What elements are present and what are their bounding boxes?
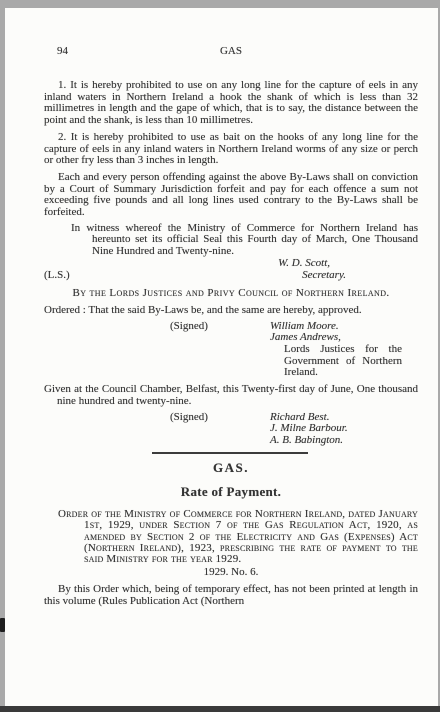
order-note-paragraph: By this Order which, being of temporary … [44, 584, 418, 607]
seal-row: (L.S.) Secretary. [44, 270, 418, 282]
section-divider-rule [152, 452, 308, 454]
lords-justices-title: Lords Justices for the Government of Nor… [270, 344, 402, 379]
signed-label: (Signed) [170, 412, 270, 447]
running-head-title: GAS [220, 45, 242, 57]
running-header: 94 GAS [44, 46, 418, 59]
signature-name: A. B. Babington. [270, 435, 348, 447]
lords-justices-names: William Moore. James Andrews, Lords Just… [270, 321, 402, 380]
gas-order-heading: Order of the Ministry of Commerce for No… [44, 509, 418, 565]
privy-council-heading: By the Lords Justices and Privy Council … [44, 288, 418, 300]
gas-section-title: GAS. [44, 462, 418, 474]
page-content: 94 GAS 1. It is hereby prohibited to use… [44, 46, 418, 607]
order-number: 1929. No. 6. [44, 567, 418, 579]
seal-mark: (L.S.) [44, 270, 70, 282]
document-page: 94 GAS 1. It is hereby prohibited to use… [5, 8, 438, 706]
bylaw-paragraph-2: 2. It is hereby prohibited to use as bai… [44, 132, 418, 167]
page-number: 94 [57, 46, 68, 58]
lords-justices-signature-block: (Signed) William Moore. James Andrews, L… [44, 321, 418, 380]
scan-bottom-edge [0, 706, 440, 712]
council-names: Richard Best. J. Milne Barbour. A. B. Ba… [270, 412, 348, 447]
rate-of-payment-subtitle: Rate of Payment. [44, 486, 418, 498]
secretary-signature: W. D. Scott, [44, 258, 418, 270]
penalty-paragraph: Each and every person offending against … [44, 172, 418, 219]
scan-ink-mark [0, 618, 5, 632]
scanned-page-frame: 94 GAS 1. It is hereby prohibited to use… [0, 0, 440, 712]
ordered-clause: Ordered : That the said By-Laws be, and … [44, 305, 418, 317]
signed-label: (Signed) [170, 321, 270, 380]
council-signature-block: (Signed) Richard Best. J. Milne Barbour.… [44, 412, 418, 447]
witness-clause: In witness whereof the Ministry of Comme… [44, 223, 418, 258]
bylaw-paragraph-1: 1. It is hereby prohibited to use on any… [44, 80, 418, 127]
secretary-title: Secretary. [302, 270, 418, 282]
given-clause: Given at the Council Chamber, Belfast, t… [44, 384, 418, 407]
